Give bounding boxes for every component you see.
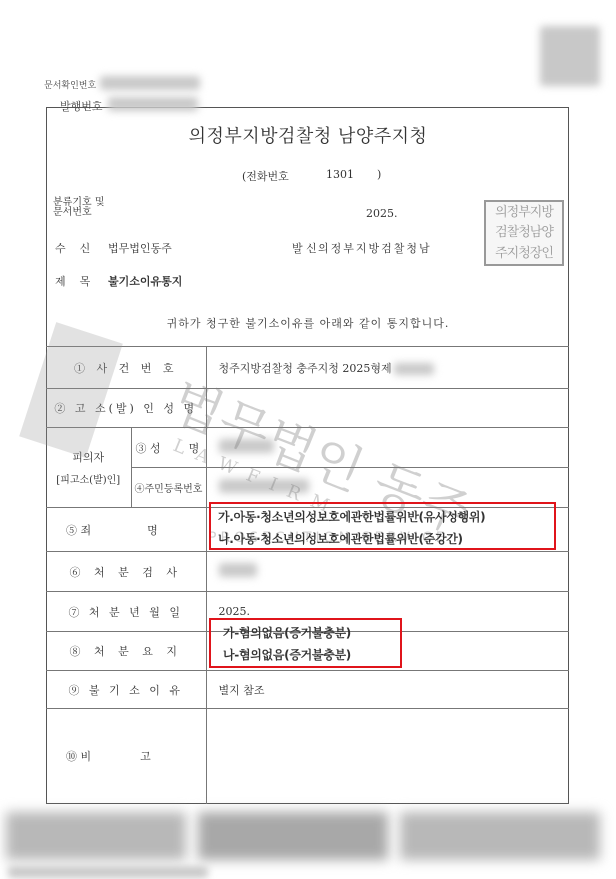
case-number-value: 청주지방검찰청 충주지청 2025형제 <box>206 347 569 389</box>
suspect-sublabel: [피고소(발)인] <box>54 471 123 486</box>
suspect-label: 피의자 <box>54 449 123 465</box>
phone-label: (전화번호 <box>242 168 289 184</box>
subject-label: 제 목 <box>55 273 90 289</box>
redacted-name <box>219 439 274 453</box>
redacted-footer-block <box>6 812 186 860</box>
issue-number-label: 발행번호 <box>60 98 103 114</box>
classification-label: 분류기호 및 문서번호 <box>53 198 104 218</box>
charge-line: 나.아동·청소년의성보호에관한법률위반(준강간) <box>218 528 554 550</box>
table-row: ⑨ 불 기 소 이 유 별지 참조 <box>46 671 569 709</box>
stamp-line: 검찰청남양 <box>495 226 553 239</box>
notice-text: 귀하가 청구한 불기소이유를 아래와 같이 통지합니다. <box>0 315 616 331</box>
non-prosecution-reason-value: 별지 참조 <box>206 671 569 709</box>
case-number-label: ① 사 건 번 호 <box>46 347 206 389</box>
redacted-prosecutor <box>219 563 257 577</box>
disposition-table: ① 사 건 번 호 청주지방검찰청 충주지청 2025형제 ② 고 소(발) 인… <box>46 346 569 804</box>
prosecutor-label: ⑥ 처 분 검 사 <box>46 552 206 592</box>
suspect-group-label: 피의자 [피고소(발)인] <box>46 428 131 508</box>
disposition-date-label: ⑦ 처 분 년 월 일 <box>46 592 206 632</box>
disposition-summary-line: 가-혐의없음(증거불충분) <box>223 622 400 644</box>
disposition-summary-label: ⑧ 처 분 요 지 <box>46 632 206 671</box>
charge-highlight-box: 가.아동·청소년의성보호에관한법률위반(유사성행위) 나.아동·청소년의성보호에… <box>209 502 556 550</box>
complainant-label: ② 고 소(발) 인 성 명 <box>46 389 206 428</box>
recipient-label: 수 신 <box>55 240 90 256</box>
official-seal-stamp: 의정부지방 검찰청남양 주지청장인 <box>484 200 564 266</box>
table-row: ① 사 건 번 호 청주지방검찰청 충주지청 2025형제 <box>46 347 569 389</box>
disposition-summary-line: 나-혐의없음(증거불충분) <box>223 644 400 666</box>
redacted-logo <box>540 26 600 86</box>
classification-label-line2: 문서번호 <box>53 208 104 218</box>
charge-line: 가.아동·청소년의성보호에관한법률위반(유사성행위) <box>218 506 554 528</box>
stamp-line: 의정부지방 <box>495 206 553 219</box>
remarks-label: ⑩ 비 고 <box>46 709 206 804</box>
redacted-footer-block <box>400 812 600 860</box>
redacted-rrn <box>219 479 309 493</box>
table-row: 피의자 [피고소(발)인] ③ 성 명 <box>46 428 569 468</box>
table-row: ⑩ 비 고 <box>46 709 569 804</box>
redacted-footer-line <box>8 866 208 878</box>
subject-value: 불기소이유통지 <box>108 273 182 289</box>
name-label: ③ 성 명 <box>131 428 206 468</box>
charge-label: ⑤ 죄 명 <box>46 508 206 552</box>
disposition-summary-highlight-box: 가-혐의없음(증거불충분) 나-혐의없음(증거불충분) <box>209 618 402 668</box>
sender-label: 발 신 <box>292 240 317 256</box>
phone-close: ) <box>377 168 381 181</box>
document-date: 2025. <box>366 207 398 220</box>
remarks-value <box>206 709 569 804</box>
stamp-line: 주지청장인 <box>495 247 553 260</box>
redacted-doc-confirm-number <box>100 76 200 90</box>
doc-confirm-label: 문서확인번호 <box>44 78 96 91</box>
redacted-footer-block <box>198 812 388 860</box>
name-value <box>206 428 569 468</box>
complainant-value <box>206 389 569 428</box>
table-row: ⑥ 처 분 검 사 <box>46 552 569 592</box>
table-row: ② 고 소(발) 인 성 명 <box>46 389 569 428</box>
redacted-issue-number <box>108 97 198 111</box>
agency-title: 의정부지방검찰청 남양주지청 <box>0 122 616 148</box>
prosecutor-value <box>206 552 569 592</box>
recipient-value: 법무법인동주 <box>108 240 172 256</box>
non-prosecution-reason-label: ⑨ 불 기 소 이 유 <box>46 671 206 709</box>
rrn-label: ④주민등록번호 <box>131 468 206 508</box>
sender-value: 의정부지방검찰청남 <box>318 240 432 256</box>
redacted-case-number <box>394 363 434 375</box>
phone-value: 1301 <box>326 168 354 181</box>
